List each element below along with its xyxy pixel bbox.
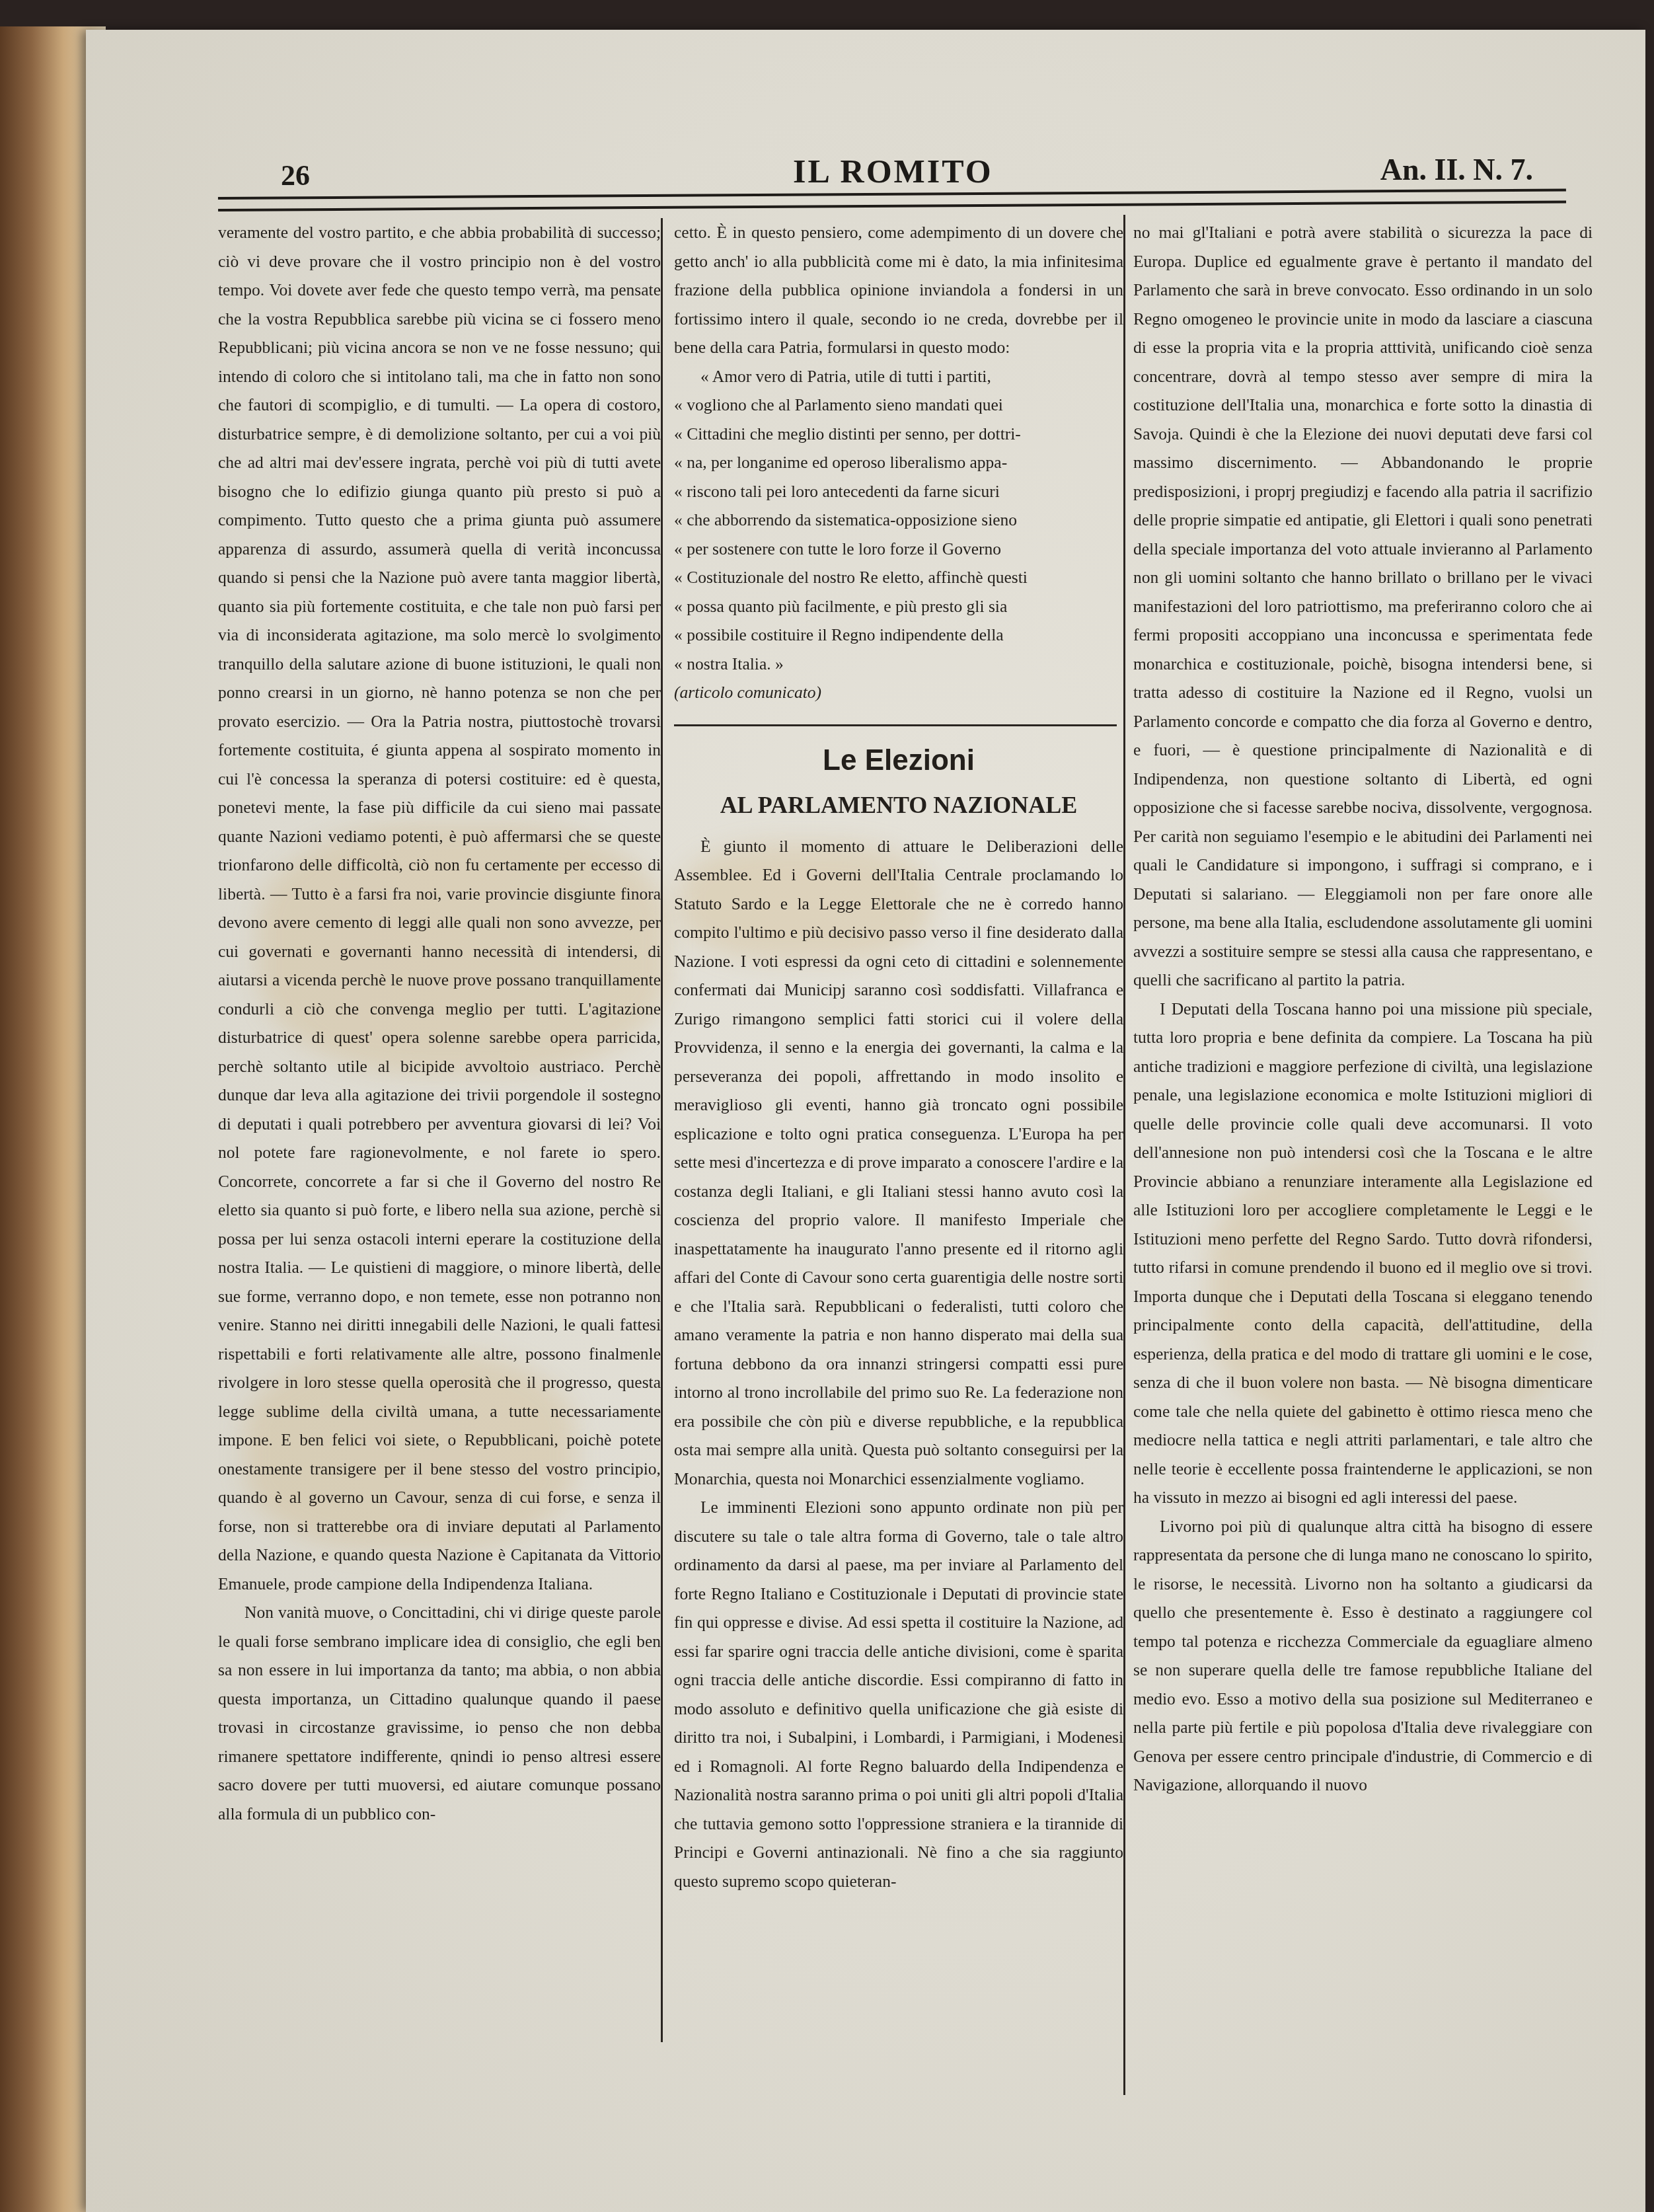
issue-number: An. II. N. 7.	[1380, 152, 1533, 187]
quote-line: « Costituzionale del nostro Re eletto, a…	[674, 563, 1123, 592]
article-signature: (articolo comunicato)	[674, 678, 1123, 707]
article-title: Le Elezioni	[674, 741, 1123, 781]
paragraph: cetto. È in questo pensiero, come adempi…	[674, 218, 1123, 362]
paragraph: È giunto il momento di attuare le Delibe…	[674, 832, 1123, 1494]
quote-line: « riscono tali pei loro antecedenti da f…	[674, 477, 1123, 506]
paragraph: Non vanità muove, o Concittadini, chi vi…	[218, 1598, 661, 1828]
quote-line: « na, per longanime ed operoso liberalis…	[674, 448, 1123, 477]
article-subtitle: AL PARLAMENTO NAZIONALE	[674, 788, 1123, 821]
newspaper-masthead: IL ROMITO	[793, 152, 993, 190]
paragraph: veramente del vostro partito, e che abbi…	[218, 218, 661, 1598]
column-1: veramente del vostro partito, e che abbi…	[218, 218, 661, 1828]
quote-line: « che abborrendo da sistematica-opposizi…	[674, 506, 1123, 535]
paragraph: Livorno poi più di qualunque altra città…	[1133, 1512, 1593, 1800]
column-divider	[1123, 215, 1125, 2095]
quote-line: « Cittadini che meglio distinti per senn…	[674, 420, 1123, 449]
quote-line: « per sostenere con tutte le loro forze …	[674, 535, 1123, 564]
quote-line: « Amor vero di Patria, utile di tutti i …	[674, 362, 1123, 391]
column-3: no mai gl'Italiani e potrà avere stabili…	[1133, 218, 1593, 1800]
column-2: cetto. È in questo pensiero, come adempi…	[674, 218, 1123, 1895]
section-divider	[674, 724, 1117, 726]
column-divider	[661, 218, 663, 2042]
quote-line: « possibile costituire il Regno indipend…	[674, 621, 1123, 650]
quote-line: « possa quanto più facilmente, e più pre…	[674, 592, 1123, 621]
paragraph: no mai gl'Italiani e potrà avere stabili…	[1133, 218, 1593, 995]
page-number: 26	[281, 159, 310, 192]
quote-line: « vogliono che al Parlamento sieno manda…	[674, 391, 1123, 420]
paragraph: Le imminenti Elezioni sono appunto ordin…	[674, 1493, 1123, 1895]
quoted-formula: « Amor vero di Patria, utile di tutti i …	[674, 362, 1123, 679]
quote-line: « nostra Italia. »	[674, 650, 1123, 679]
paragraph: I Deputati della Toscana hanno poi una m…	[1133, 995, 1593, 1512]
